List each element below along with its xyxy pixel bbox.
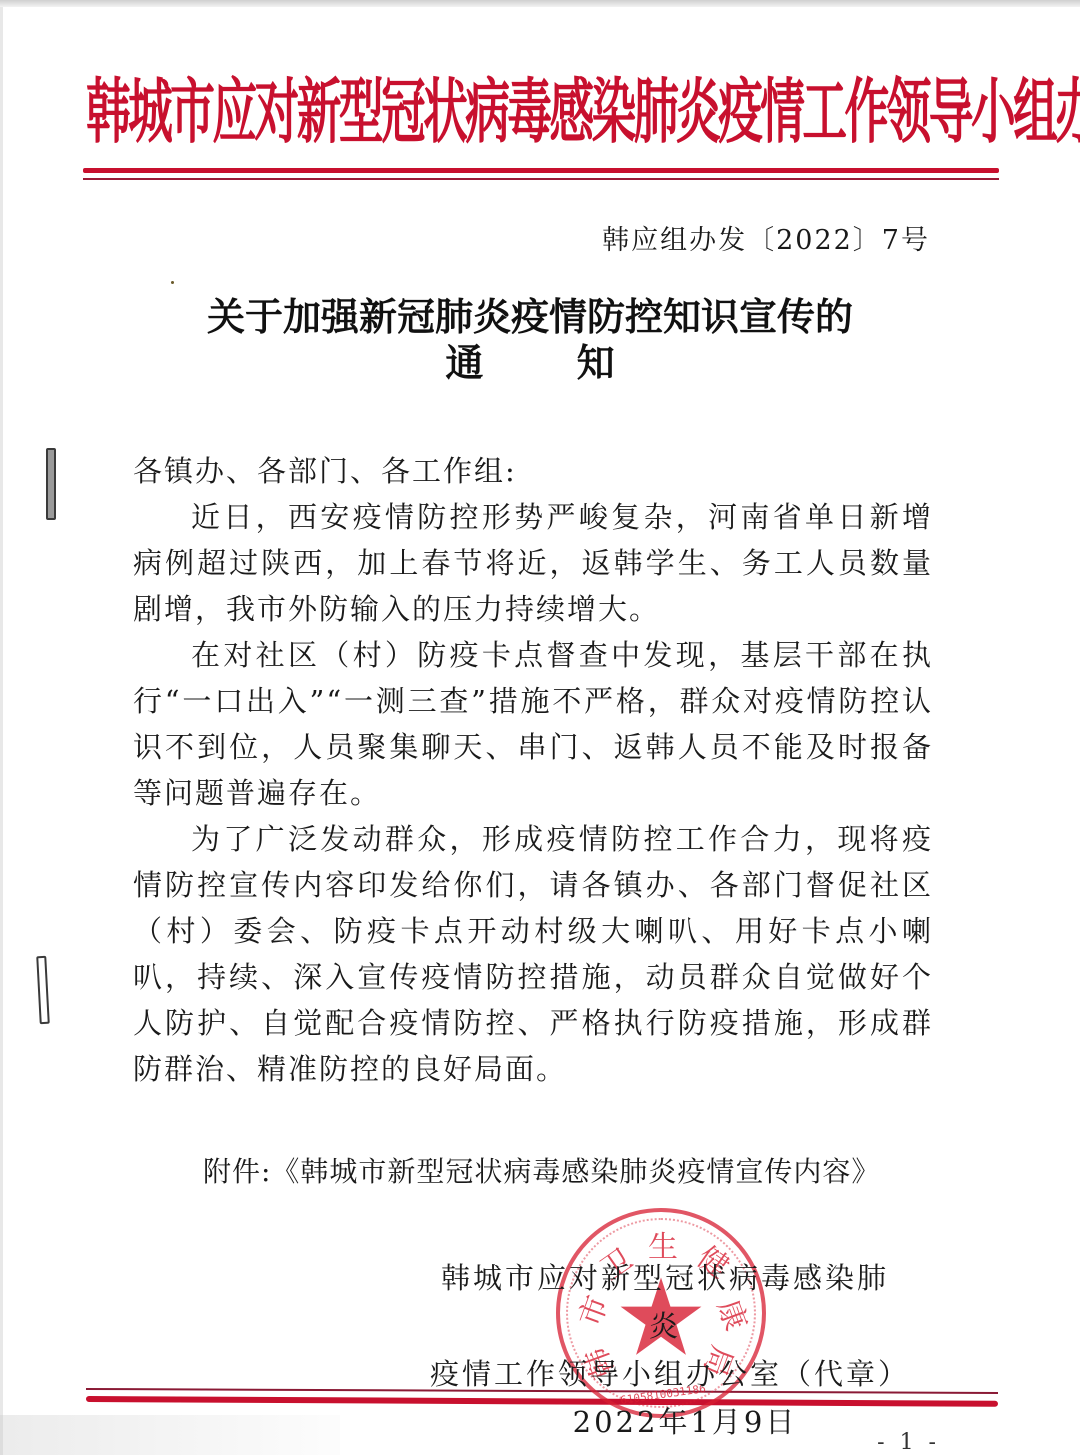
document-title-line1: 关于加强新冠肺炎疫情防控知识宣传的 bbox=[207, 295, 853, 339]
paragraph-1: 近日，西安疫情防控形势严峻复杂，河南省单日新增病例超过陕西，加上春节将近，返韩学… bbox=[133, 494, 933, 632]
staple-icon bbox=[36, 956, 50, 1024]
document-number: 韩应组办发〔2022〕7号 bbox=[602, 218, 930, 257]
scan-edge-left bbox=[0, 7, 3, 1455]
staple-icon bbox=[46, 448, 56, 520]
signature-line2: 疫情工作领导小组办公室（代章） bbox=[430, 1350, 900, 1398]
document-body: 各镇办、各部门、各工作组: 近日，西安疫情防控形势严峻复杂，河南省单日新增病例超… bbox=[133, 448, 933, 1092]
scan-smudge bbox=[0, 1415, 340, 1455]
scan-edge-top bbox=[0, 0, 1080, 7]
salutation: 各镇办、各部门、各工作组: bbox=[133, 448, 933, 494]
document-title: 关于加强新冠肺炎疫情防控知识宣传的 通 知 bbox=[100, 294, 960, 386]
document-title-line2: 通 知 bbox=[140, 340, 960, 386]
signature-line1: 韩城市应对新型冠状病毒感染肺炎 bbox=[430, 1254, 900, 1350]
signature-date: 2022年1月9日 bbox=[470, 1398, 900, 1446]
header-rule-thin bbox=[83, 178, 999, 180]
paragraph-2: 在对社区（村）防疫卡点督查中发现，基层干部在执行“一口出入”“一测三查”措施不严… bbox=[133, 632, 933, 816]
header-rule-thick bbox=[83, 168, 999, 173]
scan-dot bbox=[171, 281, 174, 284]
attachment-line: 附件:《韩城市新型冠状病毒感染肺炎疫情宣传内容》 bbox=[203, 1150, 880, 1190]
document-page: 韩城市应对新型冠状病毒感染肺炎疫情工作领导小组办公室 韩应组办发〔2022〕7号… bbox=[0, 0, 1080, 1455]
signature-block: 韩城市应对新型冠状病毒感染肺炎 疫情工作领导小组办公室（代章） 2022年1月9… bbox=[430, 1254, 900, 1446]
issuer-red-header: 韩城市应对新型冠状病毒感染肺炎疫情工作领导小组办公室 bbox=[86, 52, 869, 174]
paragraph-3: 为了广泛发动群众，形成疫情防控工作合力，现将疫情防控宣传内容印发给你们，请各镇办… bbox=[133, 816, 933, 1092]
